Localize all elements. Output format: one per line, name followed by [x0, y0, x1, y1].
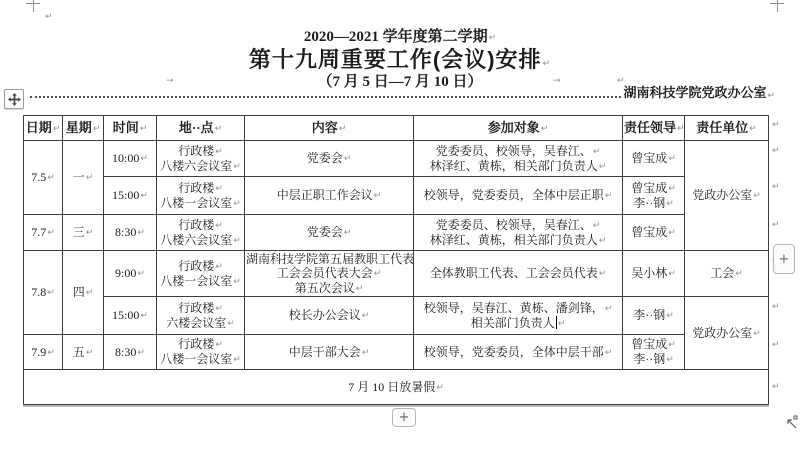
cell-place[interactable]: 行政楼↵ 八楼六会议室↵: [157, 141, 245, 177]
cell-holiday-notice[interactable]: 7 月 10 日放暑假↵: [24, 370, 769, 405]
header-time[interactable]: 时间↵: [104, 116, 157, 141]
cell-time[interactable]: 8:30↵: [104, 335, 157, 370]
header-date[interactable]: 日期↵: [24, 116, 63, 141]
cell-content[interactable]: 党委会↵: [245, 215, 414, 251]
cell-attendees[interactable]: 党委委员、校领导，吴春江、↵ 林泽红、黄栋，相关部门负责人↵: [414, 215, 623, 251]
cell-leader[interactable]: 李··钢↵: [623, 297, 685, 335]
cell-place[interactable]: 行政楼↵ 八楼一会议室↵: [157, 177, 245, 215]
cell-week[interactable]: 三↵: [63, 215, 104, 251]
header-week[interactable]: 星期↵: [63, 116, 104, 141]
paragraph-mark: ↵: [543, 59, 552, 69]
cell-date[interactable]: 7.7↵: [24, 215, 63, 251]
title-main-text: 第十九周重要工作(会议)安排: [249, 47, 542, 72]
cell-leader[interactable]: 吴小林↵: [623, 251, 685, 297]
row-end-mark: ↵: [772, 220, 780, 230]
header-content[interactable]: 内容↵: [245, 116, 414, 141]
cell-leader[interactable]: 曾宝成↵ 李··钢↵: [623, 335, 685, 370]
byline-row[interactable]: 湖南科技学院党政办公室 ↵: [30, 84, 775, 101]
table-header-row: 日期↵ 星期↵ 时间↵ 地··点↵ 内容↵ 参加对象↵ 责任领导↵ 责任单位↵: [24, 116, 769, 141]
table-row: 15:00↵ 行政楼↵ 六楼会议室↵ 校长办公会议↵ 校领导，吴春江、黄栋、潘剑…: [24, 297, 769, 335]
cell-time[interactable]: 15:00↵: [104, 177, 157, 215]
paragraph-mark: ↵: [45, 12, 53, 22]
row-end-mark: ↵: [772, 382, 780, 392]
crop-mark-top-right-v: [777, 0, 778, 12]
cell-week[interactable]: 一↵: [63, 141, 104, 215]
cell-content[interactable]: 中层正职工作会议↵: [245, 177, 414, 215]
crop-mark-top-left-h: [26, 3, 40, 4]
plus-icon: +: [399, 411, 410, 424]
header-leader[interactable]: 责任领导↵: [623, 116, 685, 141]
add-column-button[interactable]: +: [773, 244, 795, 274]
paragraph-mark: ↵: [767, 91, 775, 101]
cell-time[interactable]: 10:00↵: [104, 141, 157, 177]
cell-date[interactable]: 7.9↵: [24, 335, 63, 370]
header-attendees[interactable]: 参加对象↵: [414, 116, 623, 141]
cell-unit[interactable]: 工会↵: [685, 251, 769, 297]
cell-content[interactable]: 党委会↵: [245, 141, 414, 177]
table-move-handle[interactable]: [4, 89, 24, 109]
issuing-office: 湖南科技学院党政办公室: [623, 84, 766, 101]
header-unit[interactable]: 责任单位↵: [685, 116, 769, 141]
cell-attendees[interactable]: 全体教职工代表、工会会员代表↵: [414, 251, 623, 297]
paragraph-mark: ↵: [489, 33, 497, 43]
cell-time[interactable]: 15:00↵: [104, 297, 157, 335]
row-end-mark: ↵: [772, 302, 780, 312]
cell-place[interactable]: 行政楼↵ 八楼六会议室↵: [157, 215, 245, 251]
crop-mark-top-left-v: [33, 0, 34, 12]
cell-place[interactable]: 行政楼↵ 六楼会议室↵: [157, 297, 245, 335]
text-cursor: [556, 316, 557, 329]
cell-week[interactable]: 五↵: [63, 335, 104, 370]
cell-content[interactable]: 校长办公会议↵: [245, 297, 414, 335]
table-row: 7.9↵ 五↵ 8:30↵ 行政楼↵ 八楼一会议室↵ 中层干部大会↵ 校领导，党…: [24, 335, 769, 370]
dotted-rule: [30, 96, 621, 98]
move-cross-icon: [8, 93, 21, 106]
table-row: 7.8↵ 四↵ 9:00↵ 行政楼↵ 八楼一会议室↵ 湖南科技学院第五届教职工代…: [24, 251, 769, 297]
cell-leader[interactable]: 曾宝成↵: [623, 215, 685, 251]
table-row: 15:00↵ 行政楼↵ 八楼一会议室↵ 中层正职工作会议↵ 校领导，党委委员，全…: [24, 177, 769, 215]
table-row: 7.5↵ 一↵ 10:00↵ 行政楼↵ 八楼六会议室↵ 党委会↵ 党委委员、校领…: [24, 141, 769, 177]
add-row-button[interactable]: +: [392, 408, 416, 427]
crop-mark-top-right-h: [770, 3, 784, 4]
cell-content[interactable]: 中层干部大会↵: [245, 335, 414, 370]
row-end-mark: ↵: [772, 120, 780, 130]
header-place[interactable]: 地··点↵: [157, 116, 245, 141]
cell-time[interactable]: 9:00↵: [104, 251, 157, 297]
schedule-table: 日期↵ 星期↵ 时间↵ 地··点↵ 内容↵ 参加对象↵ 责任领导↵ 责任单位↵ …: [23, 115, 769, 405]
cell-attendees[interactable]: 校领导，党委委员，全体中层干部↵: [414, 335, 623, 370]
cell-time[interactable]: 8:30↵: [104, 215, 157, 251]
cell-attendees[interactable]: 党委委员、校领导，吴春江、↵ 林泽红、黄栋，相关部门负责人↵: [414, 141, 623, 177]
cell-unit[interactable]: 党政办公室↵: [685, 141, 769, 251]
table-resize-handle[interactable]: [785, 415, 798, 430]
cell-content[interactable]: 湖南科技学院第五届教职工代表、↵ 工会会员代表大会↵ 第五次会议↵: [245, 251, 414, 297]
cell-place[interactable]: 行政楼↵ 八楼一会议室↵: [157, 251, 245, 297]
plus-icon: +: [779, 253, 790, 266]
row-end-mark: ↵: [772, 340, 780, 350]
cell-attendees[interactable]: 校领导，吴春江、黄栋、潘剑锋，↵ 相关部门负责人↵: [414, 297, 623, 335]
cell-leader[interactable]: 曾宝成↵ 李··钢↵: [623, 177, 685, 215]
table-row: 7.7↵ 三↵ 8:30↵ 行政楼↵ 八楼六会议室↵ 党委会↵ 党委委员、校领导…: [24, 215, 769, 251]
resize-arrow-icon: [785, 415, 798, 430]
cell-date[interactable]: 7.8↵: [24, 251, 63, 335]
cell-week[interactable]: 四↵: [63, 251, 104, 335]
cell-leader[interactable]: 曾宝成↵: [623, 141, 685, 177]
cell-place[interactable]: 行政楼↵ 八楼一会议室↵: [157, 335, 245, 370]
row-end-mark: ↵: [772, 146, 780, 156]
cell-attendees[interactable]: 校领导，党委委员，全体中层正职↵: [414, 177, 623, 215]
table-footer-row: 7 月 10 日放暑假↵: [24, 370, 769, 405]
cell-unit[interactable]: 党政办公室↵: [685, 297, 769, 370]
row-end-mark: ↵: [772, 182, 780, 192]
cell-date[interactable]: 7.5↵: [24, 141, 63, 215]
